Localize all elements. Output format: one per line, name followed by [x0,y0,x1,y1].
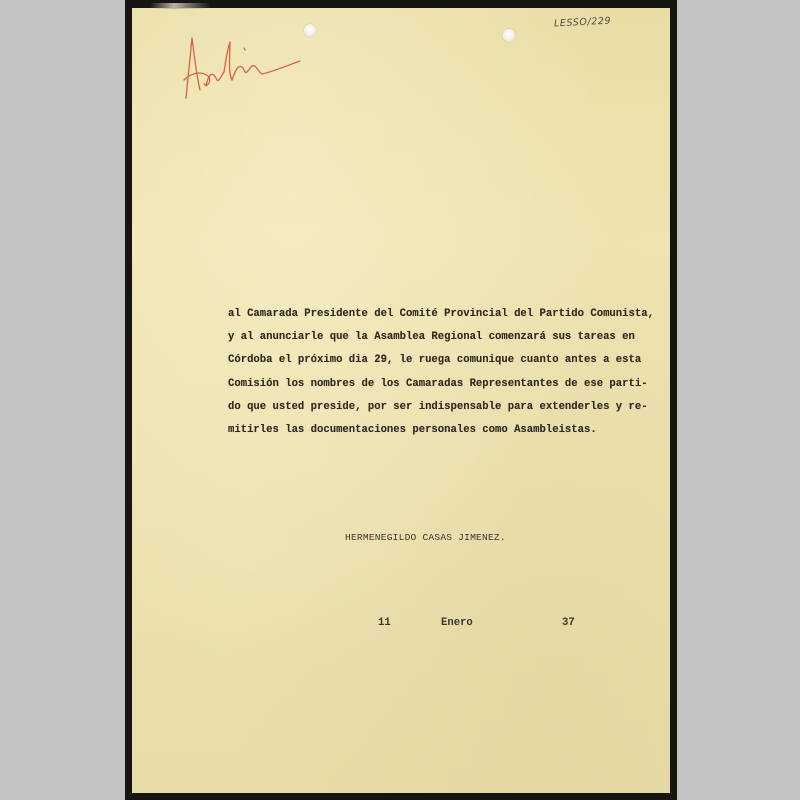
letter-line: do que usted preside, por ser indispensa… [228,396,658,419]
handwritten-annotation: Arch. [178,28,308,103]
letter-line: Comisión los nombres de los Camaradas Re… [228,373,658,396]
letter-body: al Camarada Presidente del Comité Provin… [228,303,658,442]
letter-line: mitirles las documentaciones personales … [228,419,658,442]
date-day: 11 [378,617,391,629]
date-month: Enero [441,617,473,629]
paper-tear [150,3,210,9]
letter-line: al Camarada Presidente del Comité Provin… [228,303,658,326]
document-viewer: LESSO/229 Arch. al Camarada Presidente d… [0,0,800,800]
letter-line: Córdoba el próximo dia 29, le ruega comu… [228,349,658,372]
punch-hole-right [503,29,515,42]
signature-name: HERMENEGILDO CASAS JIMENEZ. [345,532,506,543]
date-year: 37 [562,617,575,629]
letter-line: y al anunciarle que la Asamblea Regional… [228,326,658,349]
